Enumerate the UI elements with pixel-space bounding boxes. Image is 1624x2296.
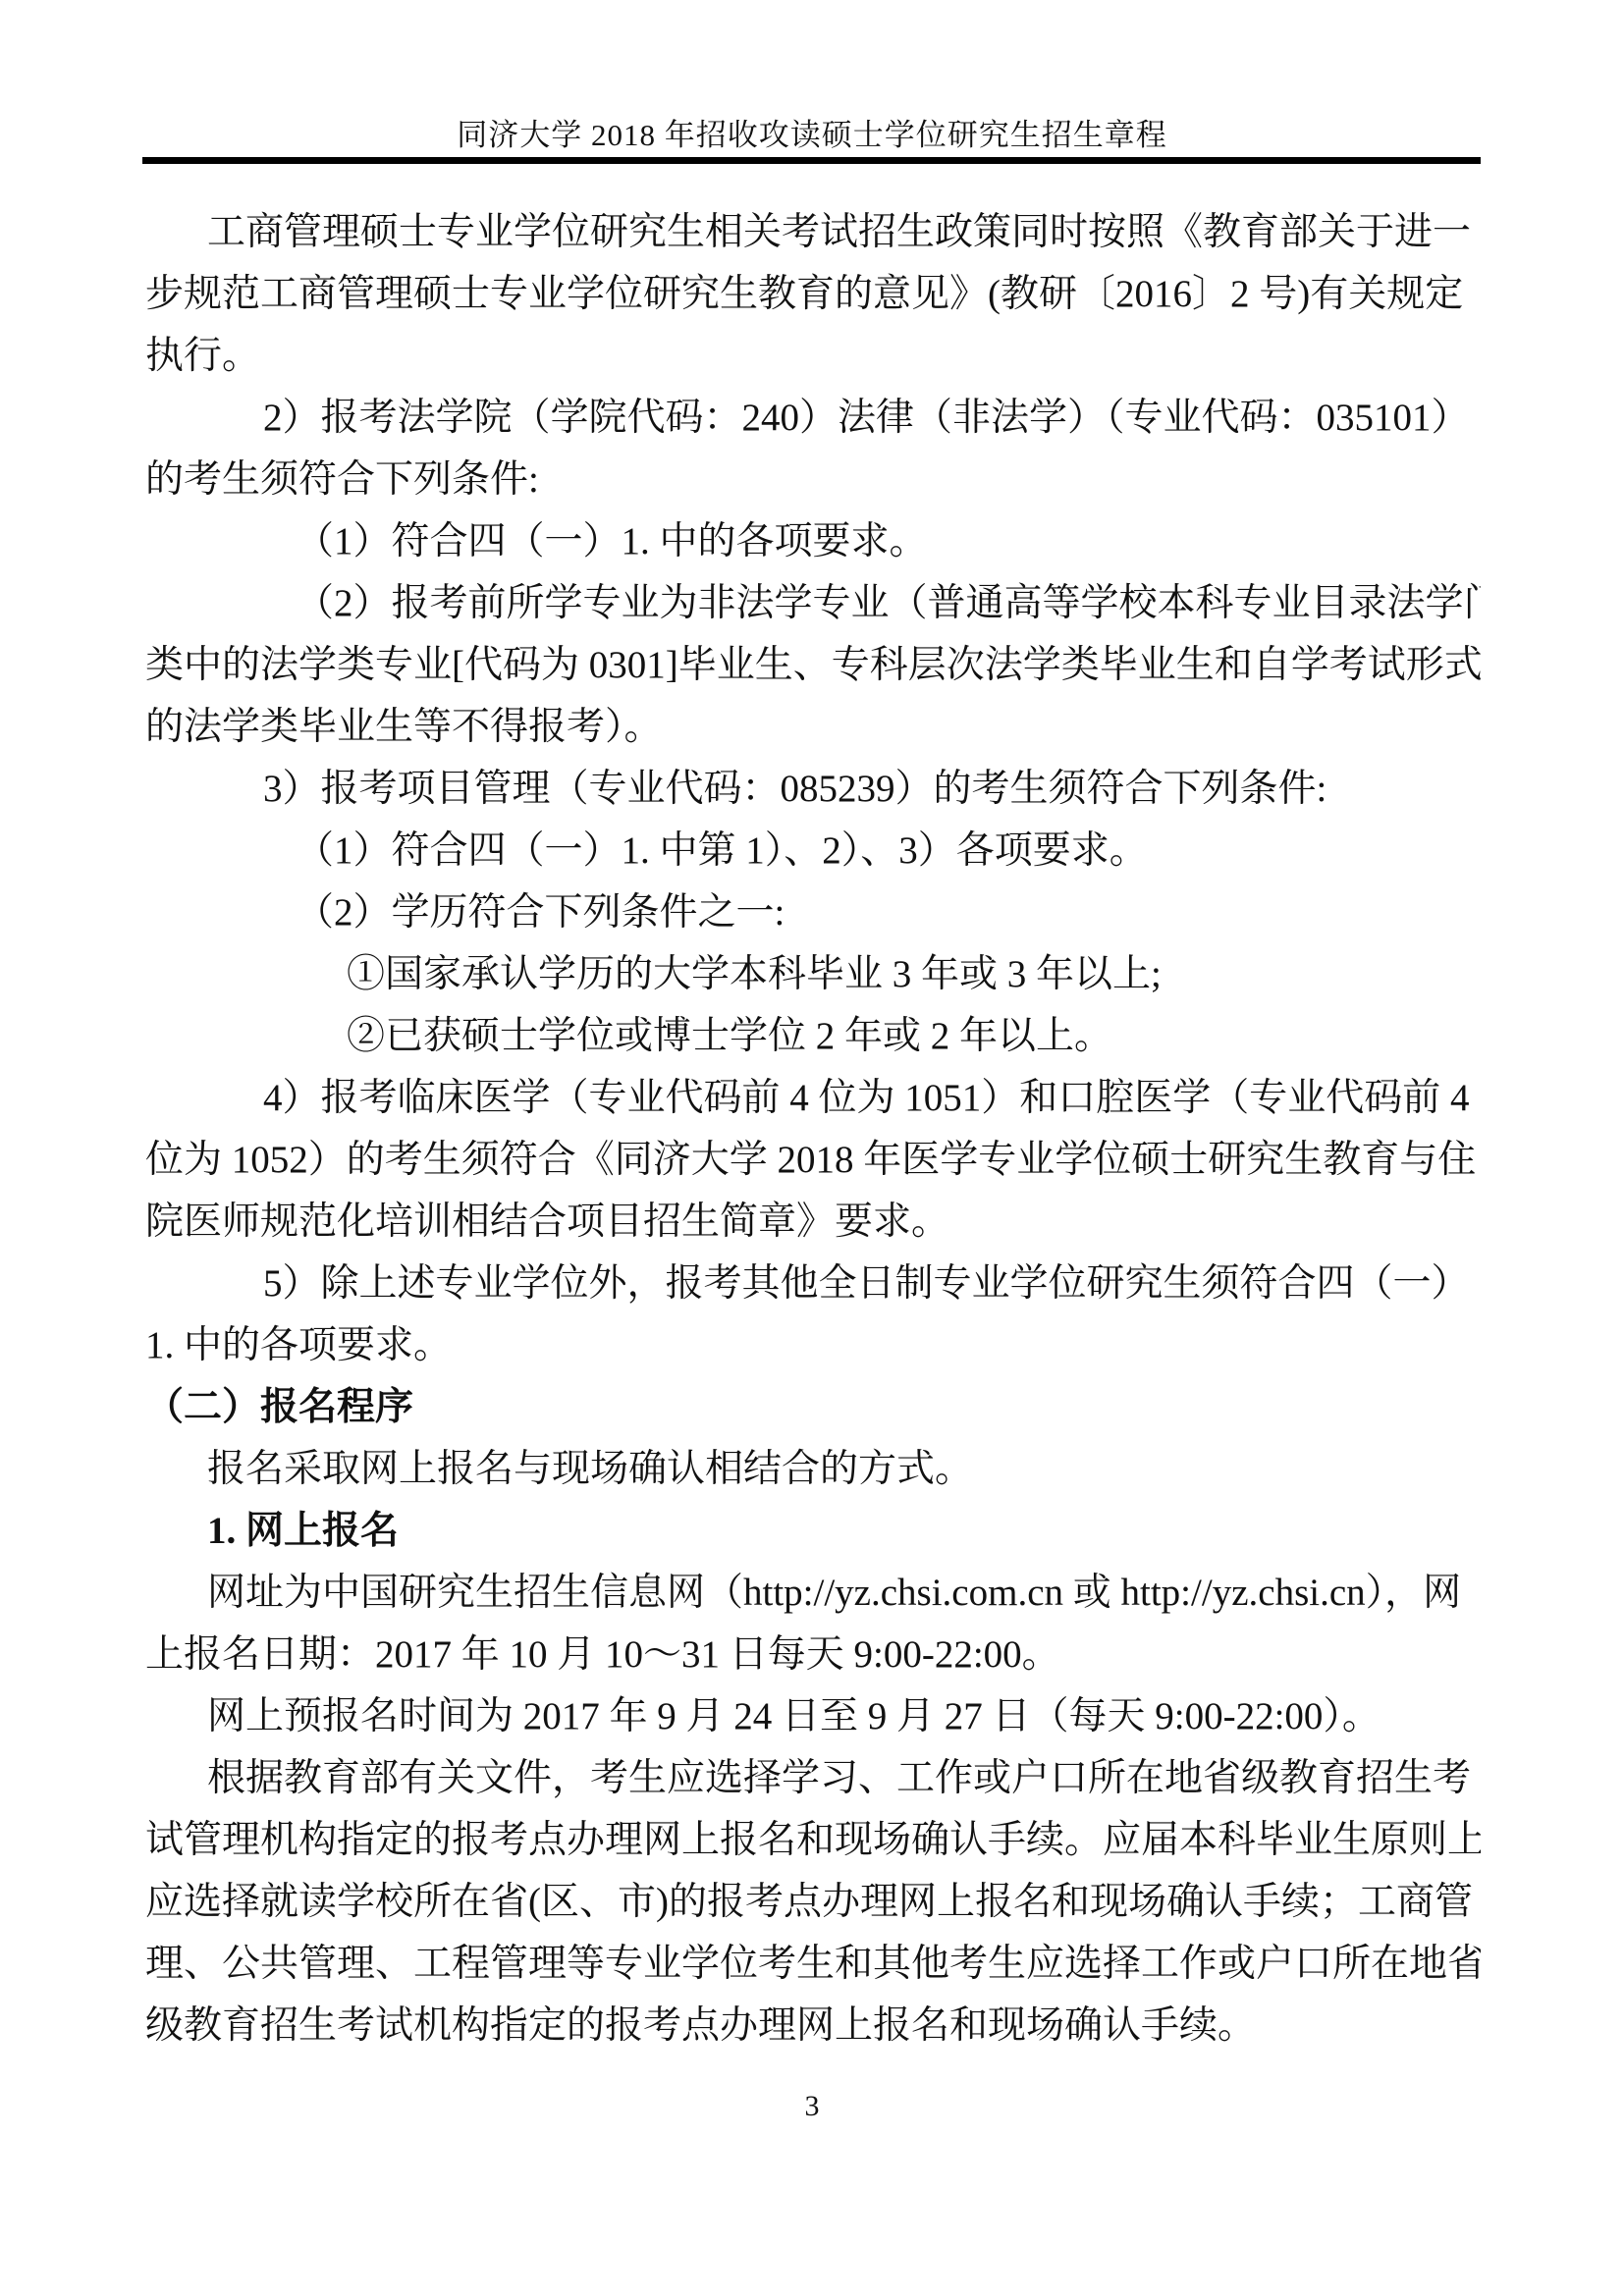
text-line: 报名采取网上报名与现场确认相结合的方式。 xyxy=(145,1438,1481,1500)
text-line: 步规范工商管理硕士专业学位研究生教育的意见》(教研〔2016〕2 号)有关规定 xyxy=(145,263,1481,325)
text-line: （2）学历符合下列条件之一: xyxy=(145,881,1481,943)
text-line: 执行。 xyxy=(145,325,1481,387)
text-line: 上报名日期：2017 年 10 月 10～31 日每天 9:00-22:00。 xyxy=(145,1624,1481,1685)
page-header-title: 同济大学 2018 年招收攻读硕士学位研究生招生章程 xyxy=(0,116,1624,155)
document-body: 工商管理硕士专业学位研究生相关考试招生政策同时按照《教育部关于进一步规范工商管理… xyxy=(145,201,1481,2056)
text-line: 网址为中国研究生招生信息网（http://yz.chsi.com.cn 或 ht… xyxy=(145,1562,1481,1624)
text-line: 2）报考法学院（学院代码：240）法律（非法学）（专业代码：035101） xyxy=(145,387,1481,449)
text-line: 4）报考临床医学（专业代码前 4 位为 1051）和口腔医学（专业代码前 4 xyxy=(145,1067,1481,1129)
text-line: 5）除上述专业学位外，报考其他全日制专业学位研究生须符合四（一） xyxy=(145,1253,1481,1314)
page-number: 3 xyxy=(0,2089,1624,2124)
text-line: 的法学类毕业生等不得报考）。 xyxy=(145,696,1481,758)
text-line: 1. 网上报名 xyxy=(145,1500,1481,1562)
text-line: 位为 1052）的考生须符合《同济大学 2018 年医学专业学位硕士研究生教育与… xyxy=(145,1129,1481,1191)
text-line: 的考生须符合下列条件: xyxy=(145,449,1481,510)
text-line: （1）符合四（一）1. 中第 1）、2）、3）各项要求。 xyxy=(145,820,1481,881)
document-page: 同济大学 2018 年招收攻读硕士学位研究生招生章程 工商管理硕士专业学位研究生… xyxy=(0,0,1624,2296)
text-line: 1. 中的各项要求。 xyxy=(145,1314,1481,1376)
text-line: ②已获硕士学位或博士学位 2 年或 2 年以上。 xyxy=(145,1005,1481,1067)
text-line: （1）符合四（一）1. 中的各项要求。 xyxy=(145,510,1481,572)
text-line: 3）报考项目管理（专业代码：085239）的考生须符合下列条件: xyxy=(145,758,1481,820)
text-line: 院医师规范化培训相结合项目招生简章》要求。 xyxy=(145,1191,1481,1253)
text-line: 试管理机构指定的报考点办理网上报名和现场确认手续。应届本科毕业生原则上 xyxy=(145,1809,1481,1871)
text-line: 类中的法学类专业[代码为 0301]毕业生、专科层次法学类毕业生和自学考试形式 xyxy=(145,634,1481,696)
text-line: 网上预报名时间为 2017 年 9 月 24 日至 9 月 27 日（每天 9:… xyxy=(145,1685,1481,1747)
text-line: 理、公共管理、工程管理等专业学位考生和其他考生应选择工作或户口所在地省 xyxy=(145,1933,1481,1995)
text-line: （二）报名程序 xyxy=(145,1376,1481,1438)
text-line: 应选择就读学校所在省(区、市)的报考点办理网上报名和现场确认手续；工商管 xyxy=(145,1871,1481,1933)
text-line: 工商管理硕士专业学位研究生相关考试招生政策同时按照《教育部关于进一 xyxy=(145,201,1481,263)
text-line: （2）报考前所学专业为非法学专业（普通高等学校本科专业目录法学门 xyxy=(145,572,1481,634)
header-rule xyxy=(142,157,1481,164)
text-line: 根据教育部有关文件，考生应选择学习、工作或户口所在地省级教育招生考 xyxy=(145,1747,1481,1809)
text-line: 级教育招生考试机构指定的报考点办理网上报名和现场确认手续。 xyxy=(145,1995,1481,2056)
text-line: ①国家承认学历的大学本科毕业 3 年或 3 年以上; xyxy=(145,943,1481,1005)
